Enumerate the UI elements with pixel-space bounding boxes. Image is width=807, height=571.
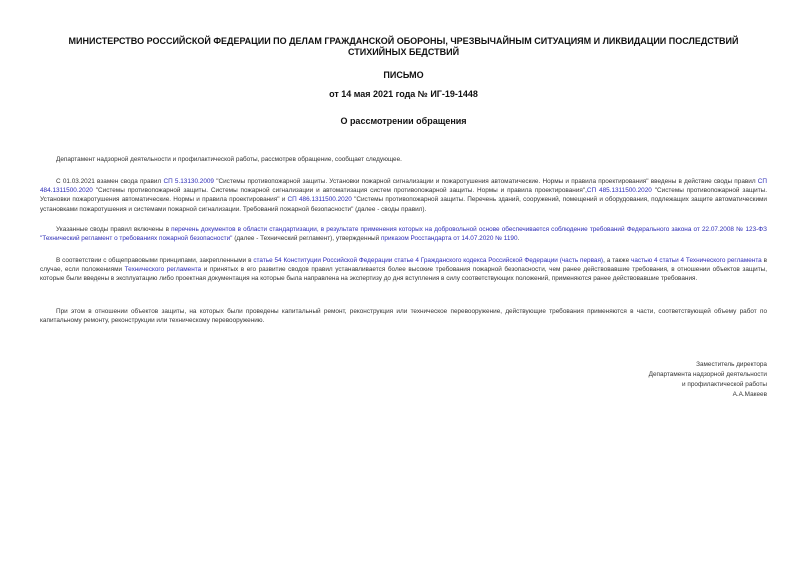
issuing-organization: МИНИСТЕРСТВО РОССИЙСКОЙ ФЕДЕРАЦИИ ПО ДЕЛ… [40,36,767,58]
text: . [518,235,520,242]
signer-department-cont: и профилактической работы [649,380,767,390]
link-civil-code-art-4[interactable]: статье 4 Гражданского кодекса Российской… [394,257,603,264]
document-type: ПИСЬМО [40,70,767,81]
document-subject: О рассмотрении обращения [40,116,767,127]
paragraph-reconstruction-text: При этом в отношении объектов защиты, на… [40,307,767,325]
paragraph-codes: С 01.03.2021 взамен свода правил СП 5.13… [40,177,767,214]
link-sp-486[interactable]: СП 486.1311500.2020 [288,196,352,203]
text: В соответствии с общеправовыми принципам… [56,257,253,264]
link-rosstandart-order[interactable]: приказом Росстандарта от 14.07.2020 № 11… [381,235,518,242]
paragraph-intro-text: Департамент надзорной деятельности и про… [40,155,767,164]
paragraph-intro: Департамент надзорной деятельности и про… [40,155,767,164]
text: С 01.03.2021 взамен свода правил [56,178,163,185]
text: "Системы противопожарной защиты. Системы… [93,187,587,194]
text: "Системы противопожарной защиты. Установ… [214,178,758,185]
paragraph-legal-principles: В соответствии с общеправовыми принципам… [40,256,767,284]
link-tech-reg-part-4-art-4[interactable]: частью 4 статьи 4 Технического регламент… [631,257,762,264]
signer-name: А.А.Макеев [649,390,767,400]
text: Указанные своды правил включены в [56,226,171,233]
text: , а также [603,257,631,264]
signer-position: Заместитель директора [649,360,767,370]
signature-block: Заместитель директора Департамента надзо… [649,360,767,400]
link-sp-485[interactable]: СП 485.1311500.2020 [587,187,652,194]
signer-department: Департамента надзорной деятельности [649,370,767,380]
text: (далее - Технический регламент), утвержд… [232,235,381,242]
link-constitution-art-54[interactable]: статье 54 Конституции Российской Федерац… [253,257,392,264]
link-sp-5-13130-2009[interactable]: СП 5.13130.2009 [163,178,214,185]
paragraph-reconstruction: При этом в отношении объектов защиты, на… [40,307,767,325]
document-date-number: от 14 мая 2021 года № ИГ-19-1448 [40,89,767,100]
link-tech-regulation[interactable]: Технического регламента [125,266,202,273]
paragraph-standards-list: Указанные своды правил включены в перече… [40,225,767,243]
document-page: МИНИСТЕРСТВО РОССИЙСКОЙ ФЕДЕРАЦИИ ПО ДЕЛ… [0,0,807,571]
